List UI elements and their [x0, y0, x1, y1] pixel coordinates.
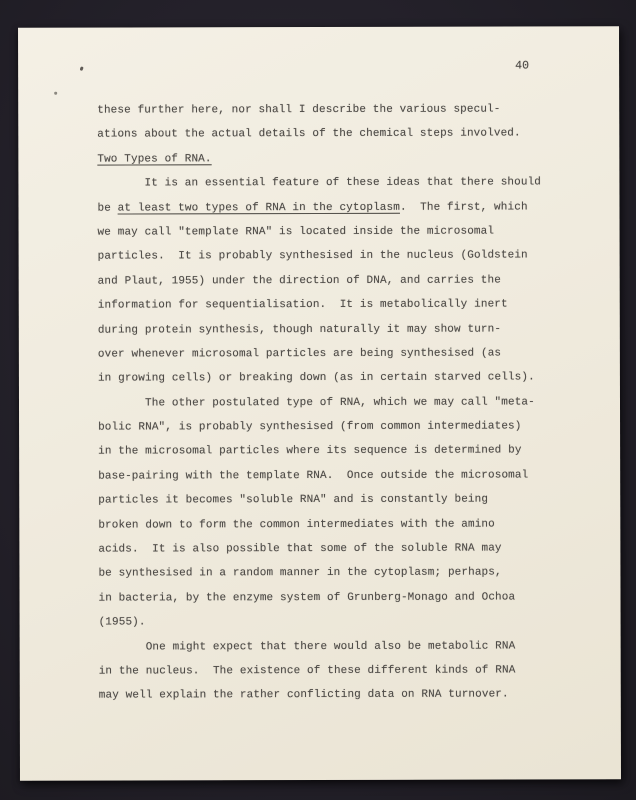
text-segment: base-pairing with the template RNA. Once…	[98, 469, 528, 482]
text-line: particles. It is probably synthesised in…	[98, 244, 542, 270]
text-segment: particles. It is probably synthesised in…	[98, 250, 528, 263]
text-segment: The other postulated type of RNA, which …	[98, 396, 535, 409]
text-line: base-pairing with the template RNA. Once…	[98, 463, 542, 489]
text-segment: broken down to form the common intermedi…	[98, 518, 495, 531]
text-line: in the microsomal particles where its se…	[98, 439, 542, 465]
text-line: particles it becomes "soluble RNA" and i…	[98, 488, 542, 514]
section-heading: Two Types of RNA.	[97, 146, 541, 172]
text-segment: in the nucleus. The existence of these d…	[99, 664, 516, 677]
text-line: be at least two types of RNA in the cyto…	[97, 195, 541, 221]
text-segment: be synthesised in a random manner in the…	[98, 567, 501, 580]
paper-mark	[54, 92, 57, 95]
document-page: 40 these further here, nor shall I descr…	[18, 26, 621, 781]
text-segment: (1955).	[99, 617, 146, 629]
text-line: information for sequentialisation. It is…	[98, 293, 542, 319]
text-segment: in the microsomal particles where its se…	[98, 445, 521, 458]
text-segment: we may call "template RNA" is located in…	[98, 225, 495, 238]
text-line: in bacteria, by the enzyme system of Gru…	[98, 585, 542, 611]
text-segment: in growing cells) or breaking down (as i…	[98, 372, 535, 385]
text-segment: be	[97, 202, 117, 214]
underlined-text: at least two types of RNA in the cytopla…	[118, 201, 400, 214]
text-segment: particles it becomes "soluble RNA" and i…	[98, 494, 488, 507]
typewritten-text-block: these further here, nor shall I describe…	[97, 97, 542, 708]
text-segment: ations about the actual details of the c…	[97, 128, 520, 141]
text-line: in the nucleus. The existence of these d…	[99, 658, 543, 684]
text-segment: bolic RNA", is probably synthesised (fro…	[98, 421, 521, 434]
text-line: The other postulated type of RNA, which …	[98, 390, 542, 416]
text-segment: acids. It is also possible that some of …	[98, 543, 501, 556]
text-segment: during protein synthesis, though natural…	[98, 323, 501, 336]
page-number: 40	[515, 59, 529, 72]
text-line: (1955).	[99, 610, 543, 636]
text-line: ations about the actual details of the c…	[97, 122, 541, 148]
text-segment: One might expect that there would also b…	[99, 640, 516, 653]
text-line: acids. It is also possible that some of …	[98, 536, 542, 562]
text-segment: It is an essential feature of these idea…	[97, 177, 541, 190]
text-line: It is an essential feature of these idea…	[97, 171, 541, 197]
text-line: bolic RNA", is probably synthesised (fro…	[98, 414, 542, 440]
text-line: broken down to form the common intermedi…	[98, 512, 542, 538]
text-line: these further here, nor shall I describe…	[97, 97, 541, 123]
text-line: during protein synthesis, though natural…	[98, 317, 542, 343]
text-segment: may well explain the rather conflicting …	[99, 689, 509, 702]
text-line: in growing cells) or breaking down (as i…	[98, 366, 542, 392]
text-segment: information for sequentialisation. It is…	[98, 299, 508, 312]
text-line: be synthesised in a random manner in the…	[98, 561, 542, 587]
text-line: over whenever microsomal particles are b…	[98, 341, 542, 367]
text-segment: in bacteria, by the enzyme system of Gru…	[98, 591, 515, 604]
text-line: One might expect that there would also b…	[99, 634, 543, 660]
text-line: may well explain the rather conflicting …	[99, 683, 543, 709]
text-line: we may call "template RNA" is located in…	[98, 219, 542, 245]
text-segment: and Plaut, 1955) under the direction of …	[98, 274, 501, 287]
scanner-background: 40 these further here, nor shall I descr…	[0, 0, 636, 800]
underlined-text: Two Types of RNA.	[97, 153, 211, 165]
paper-mark	[80, 66, 84, 71]
text-line: and Plaut, 1955) under the direction of …	[98, 268, 542, 294]
text-segment: over whenever microsomal particles are b…	[98, 347, 501, 360]
text-segment: these further here, nor shall I describe…	[97, 104, 500, 117]
text-segment: . The first, which	[400, 201, 528, 213]
